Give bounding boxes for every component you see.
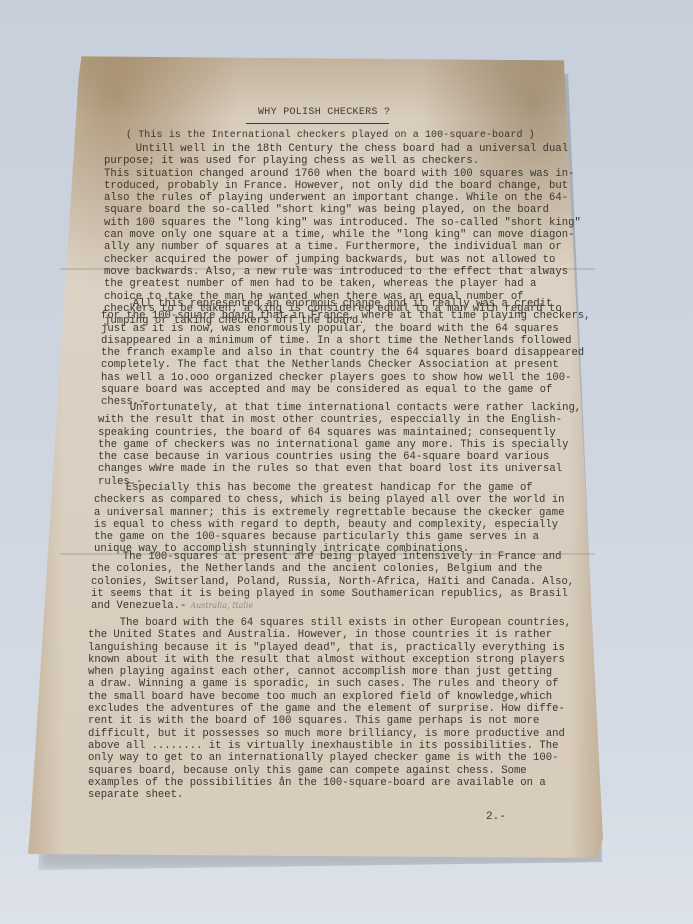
text-line: changes wWre made in the rules so that e… xyxy=(98,463,581,475)
title-underline xyxy=(246,123,389,124)
text-line: has well a 1o.ooo organized checker play… xyxy=(101,372,591,384)
text-line: the franch example and also in that coun… xyxy=(101,347,591,359)
text-line: square board was accepted and may be con… xyxy=(101,384,591,396)
text-line: can move only one square at a time, whil… xyxy=(104,229,581,241)
text-line: known about it with the result that almo… xyxy=(88,654,571,666)
text-line: the game of checkers was no internationa… xyxy=(98,439,581,451)
text-line: a draw. Winning a game is sporadic, in s… xyxy=(88,678,571,690)
text-line: purpose; it was used for playing chess a… xyxy=(104,155,581,167)
text-line: a universal manner; this is extremely re… xyxy=(94,507,564,519)
text-line: languishing because it is "played dead",… xyxy=(88,642,571,654)
paragraph: All this represented an enormous change … xyxy=(101,298,591,409)
text-line: ally any number of squares at a time. Fu… xyxy=(104,241,581,253)
text-line: it seems that it is being played in some… xyxy=(91,588,574,600)
text-line: the case because in various countries us… xyxy=(98,451,581,463)
paragraph: The 100-squares at present are being pla… xyxy=(91,551,574,612)
text-line: Untill well in the 18th Century the ches… xyxy=(104,143,581,155)
text-line: just as it is now, was enormously popula… xyxy=(101,323,591,335)
text-line: move backwards. Also, a new rule was int… xyxy=(104,266,581,278)
text-line: squares board, because only this game ca… xyxy=(88,765,571,777)
paragraph: Unfortunately, at that time internationa… xyxy=(98,402,581,488)
text-line: completely. The fact that the Netherland… xyxy=(101,359,591,371)
text-line: the greatest number of men had to be tak… xyxy=(104,278,581,290)
paragraph: Especially this has become the greatest … xyxy=(94,482,564,556)
text-line: checkers as compared to chess, which is … xyxy=(94,494,564,506)
text-line: troduced, probably in France. However, n… xyxy=(104,180,581,192)
text-line: is equal to chess with regard to depth, … xyxy=(94,519,564,531)
text-line: checker acquired the power of jumping ba… xyxy=(104,254,581,266)
text-line: when playing against each other, cannot … xyxy=(88,666,571,678)
text-line: This situation changed around 1760 when … xyxy=(104,168,581,180)
document-body: WHY POLISH CHECKERS ? ( This is the Inte… xyxy=(0,0,693,924)
text-line: the game on the 100-squares because part… xyxy=(94,531,564,543)
text-line: also the rules of playing underwent an i… xyxy=(104,192,581,204)
text-line: excludes the adventures of the game and … xyxy=(88,703,571,715)
text-line: Especially this has become the greatest … xyxy=(94,482,564,494)
text-line: colonies, Switserland, Poland, Russia, N… xyxy=(91,576,574,588)
text-line: separate sheet. xyxy=(88,789,571,801)
text-line: the United States and Australia. However… xyxy=(88,629,571,641)
text-line: with the result that in most other count… xyxy=(98,414,581,426)
text-line: above all ........ it is virtually inexh… xyxy=(88,740,571,752)
text-line: Unfortunately, at that time internationa… xyxy=(98,402,581,414)
text-line: the small board have become too much an … xyxy=(88,691,571,703)
text-line: only way to get to an internationally pl… xyxy=(88,752,571,764)
text-line: the colonies, the Netherlands and the an… xyxy=(91,563,574,575)
text-line: and Venezuela.-Australia, Italie xyxy=(91,600,574,612)
text-line: The board with the 64 squares still exis… xyxy=(88,617,571,629)
handwritten-note: Australia, Italie xyxy=(190,601,253,610)
document-title: WHY POLISH CHECKERS ? xyxy=(258,107,390,119)
text-line: square board the so-called "short king" … xyxy=(104,204,581,216)
text-line: for the 100-square board that in France,… xyxy=(101,310,591,322)
text-line: All this represented an enormous change … xyxy=(101,298,591,310)
text-line: difficult, but it possesses so much more… xyxy=(88,728,571,740)
text-line: examples of the possibilities ån the 100… xyxy=(88,777,571,789)
text-line: speaking countries, the board of 64 squa… xyxy=(98,427,581,439)
text-line: with 100 squares the "long king" was int… xyxy=(104,217,581,229)
text-line: The 100-squares at present are being pla… xyxy=(91,551,574,563)
paragraph: The board with the 64 squares still exis… xyxy=(88,617,571,801)
text-line: disappeared in a minimum of time. In a s… xyxy=(101,335,591,347)
document-subtitle: ( This is the International checkers pla… xyxy=(126,130,535,142)
page-number: 2.- xyxy=(486,811,506,823)
text-line: rent it is with the board of 100 squares… xyxy=(88,715,571,727)
